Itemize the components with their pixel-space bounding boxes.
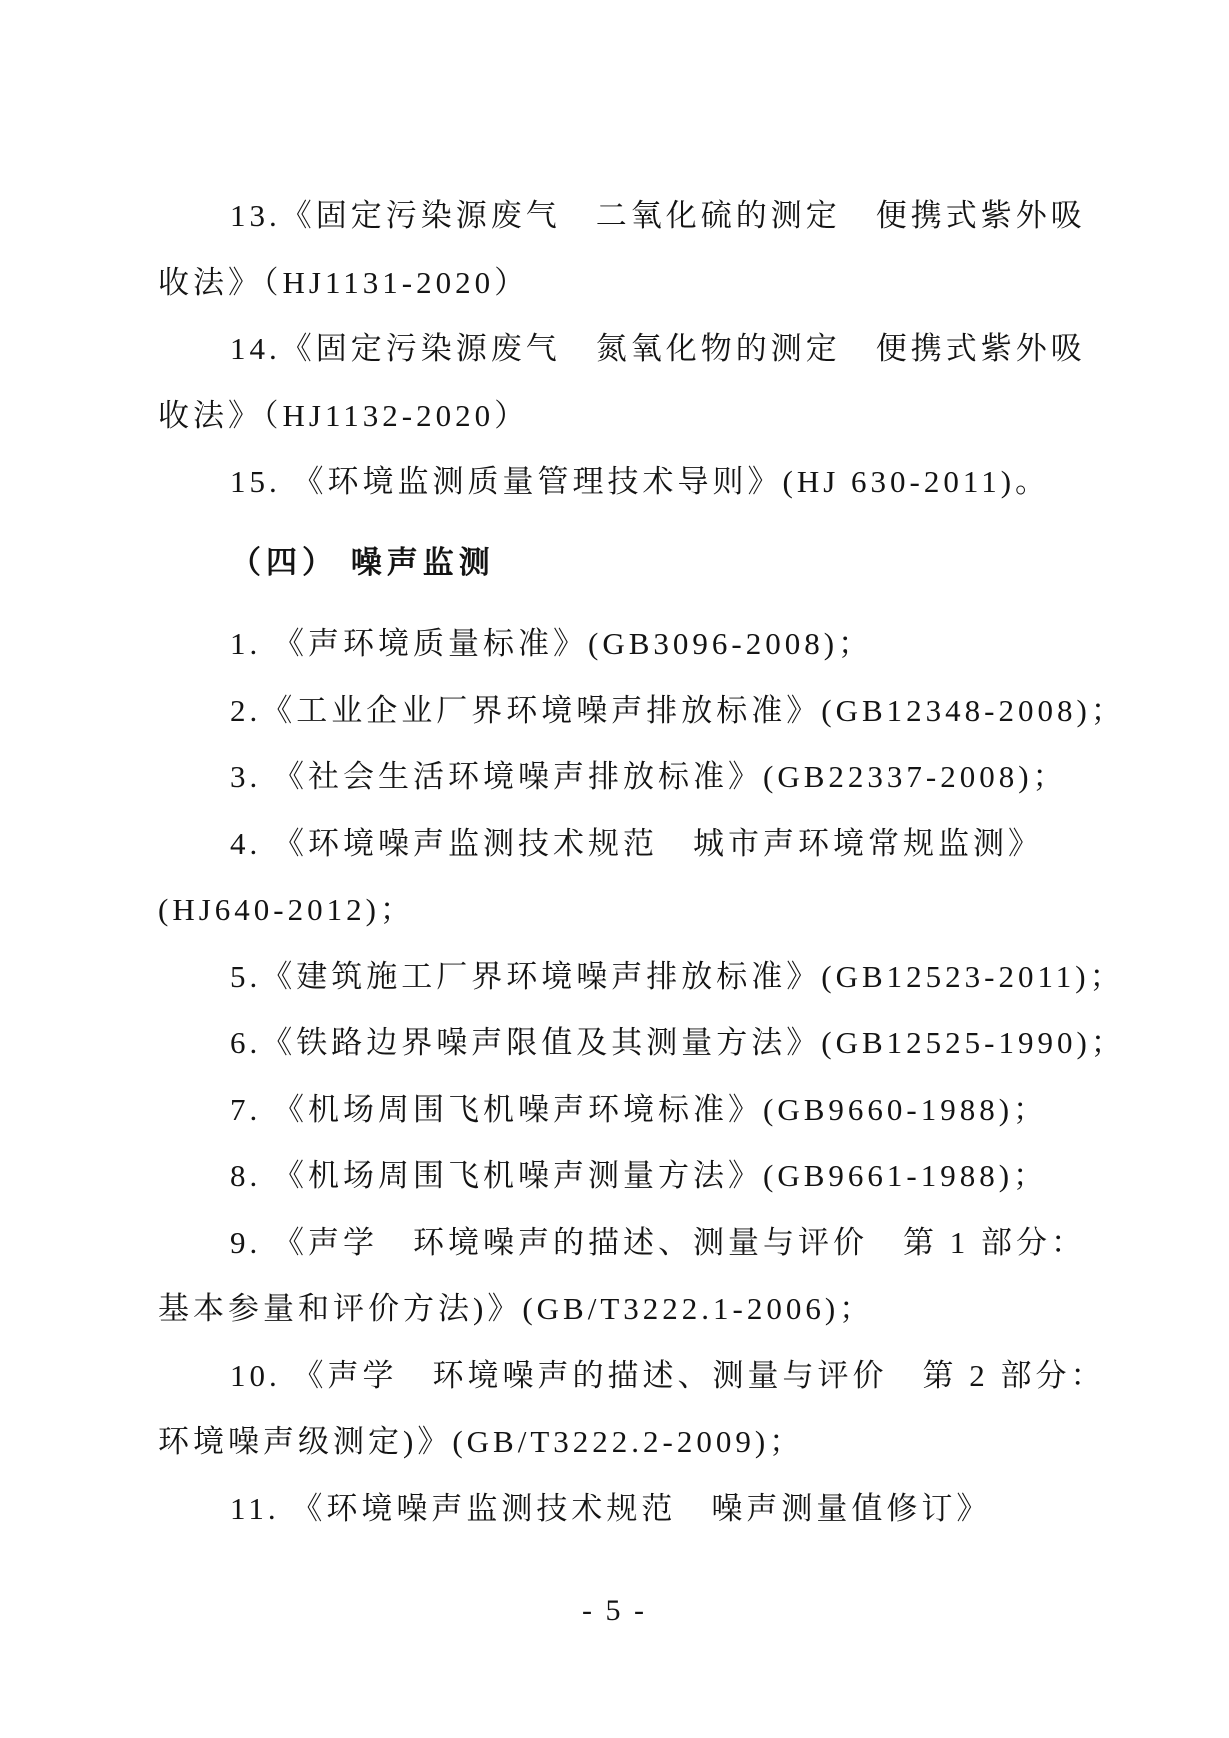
document-line: 收法》（HJ1131-2020） <box>158 250 1138 317</box>
document-line: 9. 《声学 环境噪声的描述、测量与评价 第 1 部分： <box>158 1210 1138 1277</box>
document-line: 5.《建筑施工厂界环境噪声排放标准》(GB12523-2011)； <box>158 944 1138 1011</box>
document-line: 14.《固定污染源废气 氮氧化物的测定 便携式紫外吸 <box>158 316 1138 383</box>
page-number: - 5 - <box>0 1591 1229 1631</box>
document-line: 3. 《社会生活环境噪声排放标准》(GB22337-2008)； <box>158 744 1138 811</box>
document-text-block: 13.《固定污染源废气 二氧化硫的测定 便携式紫外吸 收法》（HJ1131-20… <box>158 183 1138 1542</box>
document-page: { "document": { "lines": [ { "text": "13… <box>0 0 1229 1738</box>
document-line: 环境噪声级测定)》(GB/T3222.2-2009)； <box>158 1409 1138 1476</box>
document-line: 1. 《声环境质量标准》(GB3096-2008)； <box>158 611 1138 678</box>
document-line: 4. 《环境噪声监测技术规范 城市声环境常规监测》 <box>158 811 1138 878</box>
document-line: 基本参量和评价方法)》(GB/T3222.1-2006)； <box>158 1276 1138 1343</box>
document-line: 2.《工业企业厂界环境噪声排放标准》(GB12348-2008)； <box>158 678 1138 745</box>
document-line: 13.《固定污染源废气 二氧化硫的测定 便携式紫外吸 <box>158 183 1138 250</box>
document-line: 6.《铁路边界噪声限值及其测量方法》(GB12525-1990)； <box>158 1010 1138 1077</box>
section-heading: （四） 噪声监测 <box>158 530 1138 597</box>
document-line: 10. 《声学 环境噪声的描述、测量与评价 第 2 部分： <box>158 1343 1138 1410</box>
document-line: 7. 《机场周围飞机噪声环境标准》(GB9660-1988)； <box>158 1077 1138 1144</box>
page-background: 13.《固定污染源废气 二氧化硫的测定 便携式紫外吸 收法》（HJ1131-20… <box>0 0 1229 1738</box>
document-line: 11. 《环境噪声监测技术规范 噪声测量值修订》 <box>158 1476 1138 1543</box>
document-line: (HJ640-2012)； <box>158 877 1138 944</box>
document-line: 8. 《机场周围飞机噪声测量方法》(GB9661-1988)； <box>158 1143 1138 1210</box>
document-line: 收法》（HJ1132-2020） <box>158 383 1138 450</box>
document-line: 15. 《环境监测质量管理技术导则》(HJ 630-2011)。 <box>158 449 1138 516</box>
